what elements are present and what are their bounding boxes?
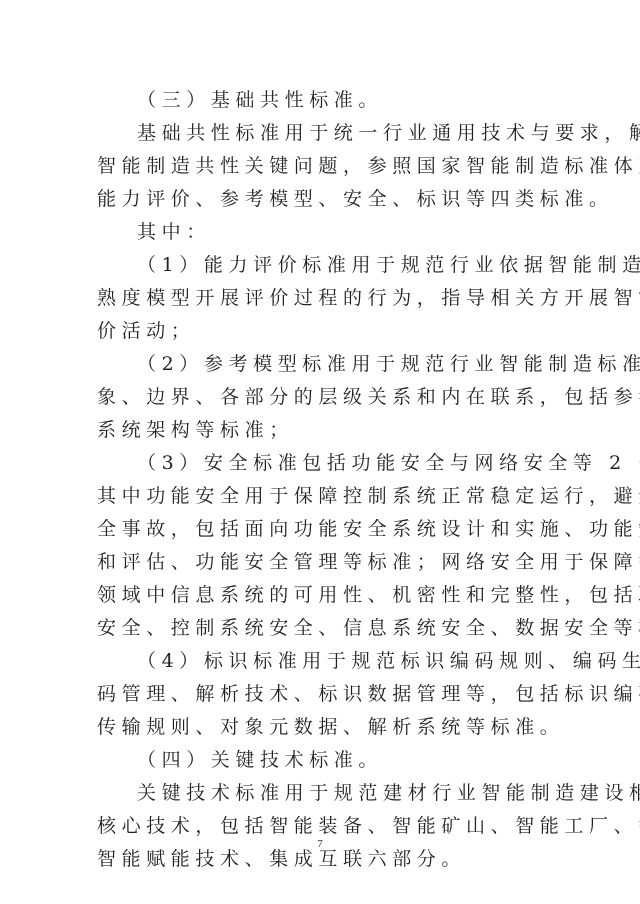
- paragraph-line: 其中：: [97, 216, 547, 249]
- paragraph-line: 码管理、解析技术、标识数据管理等，包括标识编码、编码: [97, 678, 547, 711]
- paragraph-line: 其中功能安全用于保障控制系统正常稳定运行，避免发生安: [97, 480, 547, 513]
- paragraph-line: 系统架构等标准；: [97, 414, 547, 447]
- list-item-capability-evaluation: （1）能力评价标准用于规范行业依据智能制造能力成: [97, 249, 547, 282]
- paragraph-line: 全事故，包括面向功能安全系统设计和实施、功能安全测试: [97, 513, 547, 546]
- paragraph-line: 能力评价、参考模型、安全、标识等四类标准。: [97, 183, 547, 216]
- paragraph-line: 关键技术标准用于规范建材行业智能制造建设相关的: [97, 777, 547, 810]
- list-item-identification: （4）标识标准用于规范标识编码规则、编码生成、编: [97, 645, 547, 678]
- paragraph-line: 智能制造共性关键问题，参照国家智能制造标准体系，包括: [97, 150, 547, 183]
- paragraph-line: 价活动；: [97, 315, 547, 348]
- page-number: 7: [0, 838, 640, 850]
- paragraph-line: 安全、控制系统安全、信息系统安全、数据安全等标准；: [97, 612, 547, 645]
- list-item-reference-model: （2）参考模型标准用于规范行业智能制造标准化的对: [97, 348, 547, 381]
- paragraph-line: 象、边界、各部分的层级关系和内在联系，包括参考模型、: [97, 381, 547, 414]
- paragraph-line: 传输规则、对象元数据、解析系统等标准。: [97, 711, 547, 744]
- document-body: （三）基础共性标准。 基础共性标准用于统一行业通用技术与要求，解决行业 智能制造…: [97, 84, 547, 876]
- paragraph-line: 和评估、功能安全管理等标准；网络安全用于保障智能制造: [97, 546, 547, 579]
- list-item-security: （3）安全标准包括功能安全与网络安全等 2 个部分。: [97, 447, 547, 480]
- section-heading-key-technology-standards: （四）关键技术标准。: [97, 744, 547, 777]
- paragraph-line: 基础共性标准用于统一行业通用技术与要求，解决行业: [97, 117, 547, 150]
- section-heading-basic-common-standards: （三）基础共性标准。: [97, 84, 547, 117]
- paragraph-line: 领域中信息系统的可用性、机密性和完整性，包括联网设备: [97, 579, 547, 612]
- paragraph-line: 熟度模型开展评价过程的行为，指导相关方开展智能制造评: [97, 282, 547, 315]
